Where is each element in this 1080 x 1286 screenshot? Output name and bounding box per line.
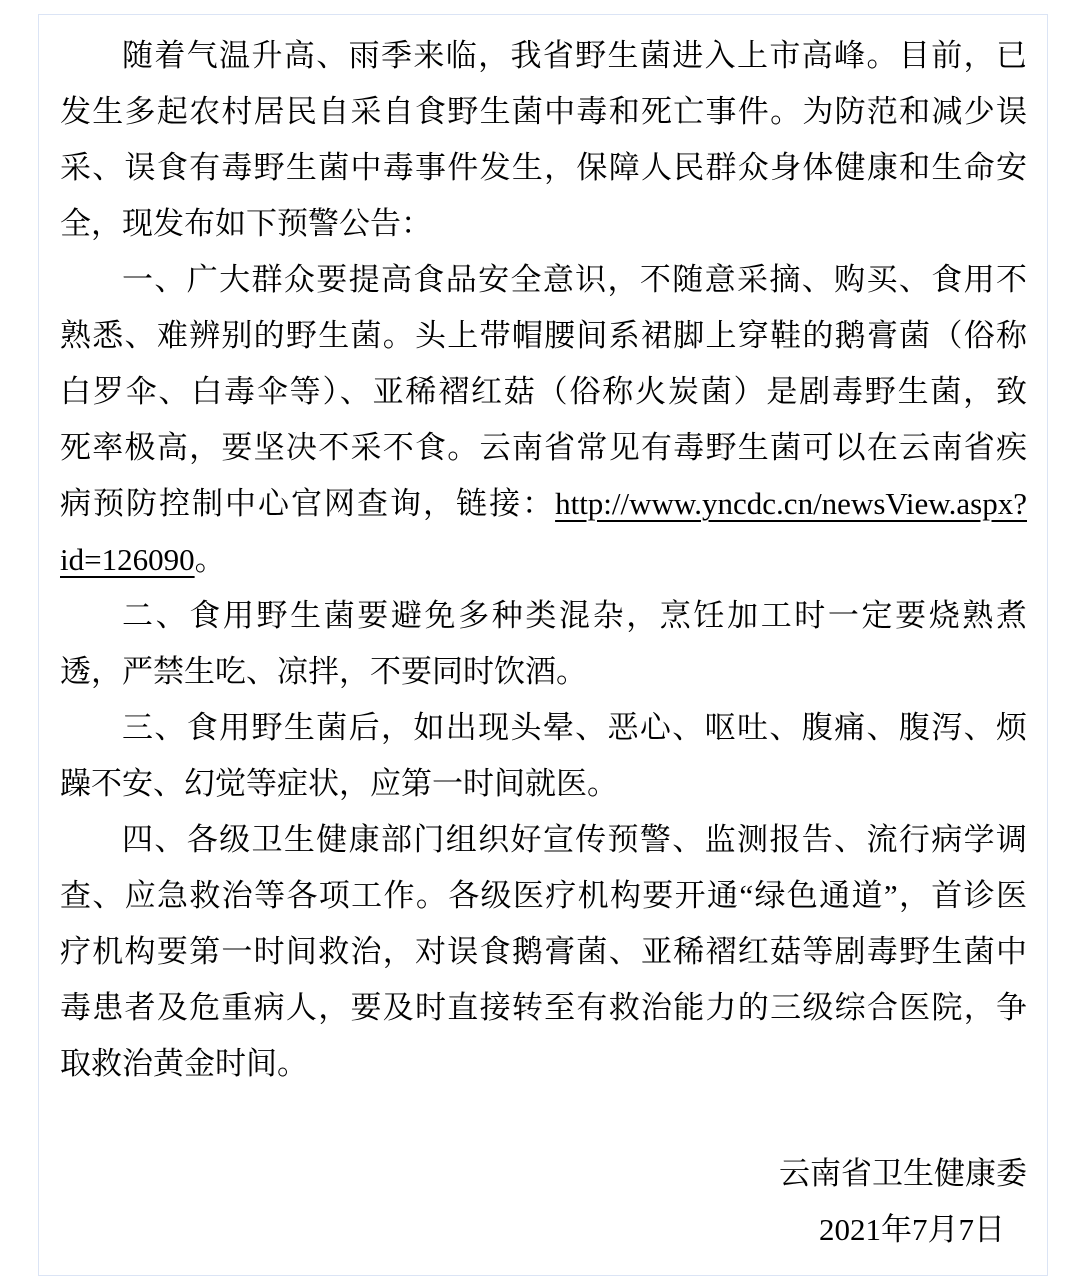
document-line: 取救治黄金时间。 [60, 1036, 1027, 1092]
document-line: 三、食用野生菌后，如出现头晕、恶心、呕吐、腹痛、腹泻、烦 [60, 700, 1027, 756]
document-line: 疗机构要第一时间救治，对误食鹅膏菌、亚稀褶红菇等剧毒野生菌中 [60, 924, 1027, 980]
hyperlink-url[interactable]: http://www.yncdc.cn/newsView.aspx? [555, 486, 1027, 521]
document-line: 查、应急救治等各项工作。各级医疗机构要开通“绿色通道”，首诊医 [60, 868, 1027, 924]
signature-block: 云南省卫生健康委 2021年7月7日 [60, 1146, 1027, 1258]
signature-date: 2021年7月7日 [60, 1202, 1027, 1258]
hyperlink-url[interactable]: id=126090 [60, 542, 195, 577]
document-line: 随着气温升高、雨季来临，我省野生菌进入上市高峰。目前，已 [60, 28, 1027, 84]
document-line: 躁不安、幻觉等症状，应第一时间就医。 [60, 756, 1027, 812]
document-line: 病预防控制中心官网查询，链接：http://www.yncdc.cn/newsV… [60, 476, 1027, 532]
document-line: 熟悉、难辨别的野生菌。头上带帽腰间系裙脚上穿鞋的鹅膏菌（俗称 [60, 308, 1027, 364]
document-line: 二、食用野生菌要避免多种类混杂，烹饪加工时一定要烧熟煮 [60, 588, 1027, 644]
document-line: 白罗伞、白毒伞等）、亚稀褶红菇（俗称火炭菌）是剧毒野生菌，致 [60, 364, 1027, 420]
document-line: 四、各级卫生健康部门组织好宣传预警、监测报告、流行病学调 [60, 812, 1027, 868]
document-line: id=126090。 [60, 532, 1027, 588]
document-line: 全，现发布如下预警公告： [60, 196, 1027, 252]
notice-body: 随着气温升高、雨季来临，我省野生菌进入上市高峰。目前，已发生多起农村居民自采自食… [60, 28, 1027, 1092]
text-segment: 病预防控制中心官网查询，链接： [60, 486, 555, 521]
document-line: 一、广大群众要提高食品安全意识，不随意采摘、购买、食用不 [60, 252, 1027, 308]
document-page: 随着气温升高、雨季来临，我省野生菌进入上市高峰。目前，已发生多起农村居民自采自食… [38, 14, 1048, 1276]
document-line: 发生多起农村居民自采自食野生菌中毒和死亡事件。为防范和减少误 [60, 84, 1027, 140]
text-segment: 。 [195, 542, 226, 577]
signature-org: 云南省卫生健康委 [60, 1146, 1027, 1202]
document-line: 死率极高，要坚决不采不食。云南省常见有毒野生菌可以在云南省疾 [60, 420, 1027, 476]
document-line: 采、误食有毒野生菌中毒事件发生，保障人民群众身体健康和生命安 [60, 140, 1027, 196]
document-line: 毒患者及危重病人，要及时直接转至有救治能力的三级综合医院，争 [60, 980, 1027, 1036]
document-line: 透，严禁生吃、凉拌，不要同时饮酒。 [60, 644, 1027, 700]
